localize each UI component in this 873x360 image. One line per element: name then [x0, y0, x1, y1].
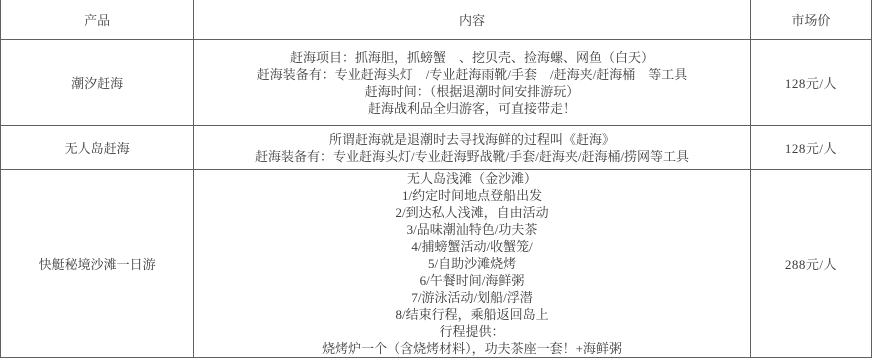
market-price: 288元/人: [750, 170, 871, 358]
content-line: 2/到达私人浅滩，自由活动: [194, 204, 750, 221]
table-row-uninhabited-island-beachcombing: 无人岛赶海 所谓赶海就是退潮时去寻找海鲜的过程叫《赶海》赶海装备有：专业赶海头灯…: [1, 126, 872, 170]
header-cell-price: 市场价: [750, 0, 871, 40]
market-price: 128元/人: [750, 126, 871, 170]
content-line: 所谓赶海就是退潮时去寻找海鲜的过程叫《赶海》: [194, 131, 750, 148]
content-line: 赶海项目：抓海胆，抓螃蟹 、挖贝壳、捡海螺、网鱼（白天）: [194, 49, 750, 66]
table-body: 潮汐赶海 赶海项目：抓海胆，抓螃蟹 、挖贝壳、捡海螺、网鱼（白天）赶海装备有：专…: [1, 40, 872, 358]
header-row: 产品 内容 市场价: [1, 0, 872, 40]
content-line: 无人岛浅滩（金沙滩）: [194, 170, 750, 187]
table-row-tide-beachcombing: 潮汐赶海 赶海项目：抓海胆，抓螃蟹 、挖贝壳、捡海螺、网鱼（白天）赶海装备有：专…: [1, 40, 872, 126]
content-line: 4/捕螃蟹活动/收蟹笼/: [194, 238, 750, 255]
table-header: 产品 内容 市场价: [1, 0, 872, 40]
content-line: 赶海时间：（根据退潮时间安排游玩）: [194, 83, 750, 100]
content-line: 7/游泳活动/划船/浮潜: [194, 289, 750, 306]
table-row-speedboat-beach-day-tour: 快艇秘境沙滩一日游 无人岛浅滩（金沙滩）1/约定时间地点登船出发2/到达私人浅滩…: [1, 170, 872, 358]
product-description: 无人岛浅滩（金沙滩）1/约定时间地点登船出发2/到达私人浅滩，自由活动3/品味潮…: [194, 170, 751, 358]
header-cell-product: 产品: [1, 0, 194, 40]
content-line: 赶海装备有：专业赶海头灯/专业赶海野战靴/手套/赶海夹/赶海桶/捞网等工具: [194, 148, 750, 165]
product-description: 所谓赶海就是退潮时去寻找海鲜的过程叫《赶海》赶海装备有：专业赶海头灯/专业赶海野…: [194, 126, 751, 170]
content-line: 5/自助沙滩烧烤: [194, 255, 750, 272]
tour-price-table: 产品 内容 市场价 潮汐赶海 赶海项目：抓海胆，抓螃蟹 、挖贝壳、捡海螺、网鱼（…: [0, 0, 872, 358]
content-line: 行程提供：: [194, 323, 750, 340]
content-line: 烧烤炉一个（含烧烤材料），功夫茶座一套！+海鲜粥: [194, 340, 750, 357]
content-line: 赶海装备有：专业赶海头灯 /专业赶海雨靴/手套 /赶海夹/赶海桶 等工具: [194, 66, 750, 83]
product-description: 赶海项目：抓海胆，抓螃蟹 、挖贝壳、捡海螺、网鱼（白天）赶海装备有：专业赶海头灯…: [194, 40, 751, 126]
content-line: 8/结束行程，乘船返回岛上: [194, 306, 750, 323]
content-line: 3/品味潮汕特色/功夫茶: [194, 221, 750, 238]
content-line: 赶海战利品全归游客，可直接带走！: [194, 100, 750, 117]
header-cell-content: 内容: [194, 0, 751, 40]
product-name: 无人岛赶海: [1, 126, 194, 170]
market-price: 128元/人: [750, 40, 871, 126]
content-line: 6/午餐时间/海鲜粥: [194, 272, 750, 289]
product-name: 快艇秘境沙滩一日游: [1, 170, 194, 358]
content-line: 1/约定时间地点登船出发: [194, 187, 750, 204]
product-name: 潮汐赶海: [1, 40, 194, 126]
